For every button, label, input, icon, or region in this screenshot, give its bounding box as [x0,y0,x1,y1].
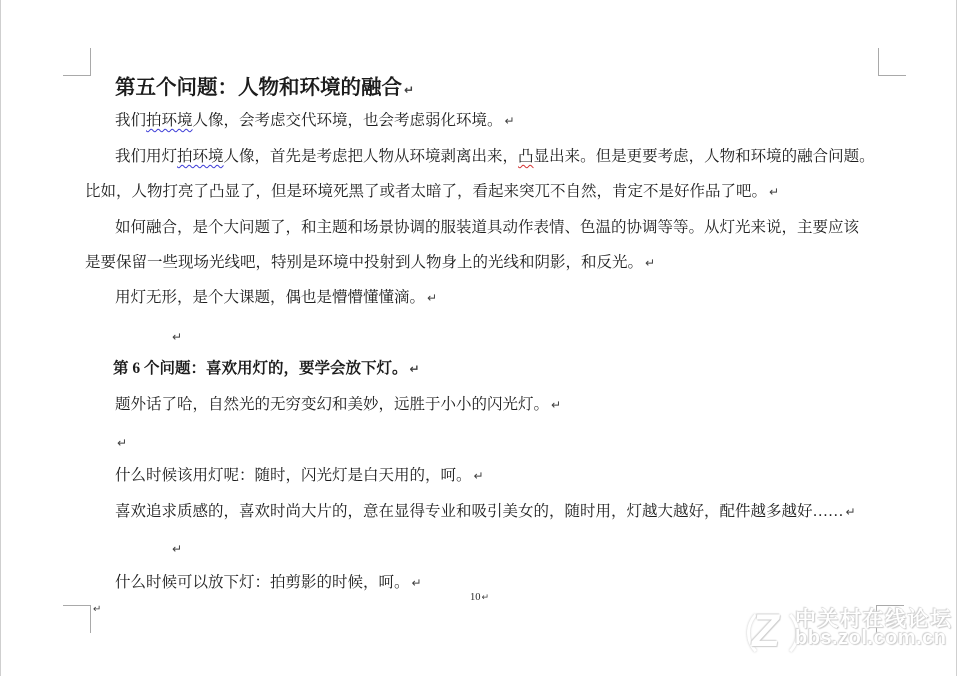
paragraph-line: 用灯无形，是个大课题，偶也是懵懵懂懂滴。↵ [115,289,437,307]
paragraph-mark: ↵ [412,576,422,590]
paragraph-line: 我们用灯拍环境人像，首先是考虑把人物从环境剥离出来，凸显出来。但是更要考虑，人物… [115,148,875,166]
paragraph-mark: ↵ [482,593,490,603]
paragraph-mark: ↵ [117,436,127,450]
text-boundary-mark-top-right [878,48,906,76]
page-left-edge [0,0,1,676]
heading-question-6: 第 6 个问题：喜欢用灯的，要学会放下灯。↵ [113,360,420,378]
text-segment: 人像，会考虑交代环境，也会考虑弱化环境。 [193,112,503,129]
paragraph-mark: ↵ [172,330,182,344]
paragraph-line: 如何融合，是个大问题了，和主题和场景协调的服装道具动作表情、色温的协调等等。从灯… [115,219,859,237]
empty-line: ↵ [115,434,127,452]
paragraph-mark: ↵ [427,291,437,305]
word-document-page: 第五个问题：人物和环境的融合↵我们拍环境人像，会考虑交代环境，也会考虑弱化环境。… [0,0,960,676]
text-boundary-mark-top-left [63,48,91,76]
paragraph-line: 题外话了哈，自然光的无穷变幻和美妙，远胜于小小的闪光灯。↵ [115,396,561,414]
page-number: 10↵ [470,592,489,603]
text-segment: 是要保留一些现场光线吧，特别是环境中投射到人物身上的光线和阴影，和反光。 [85,254,643,271]
paragraph-mark: ↵ [410,362,420,376]
page-right-edge [956,0,957,676]
text-boundary-mark-bottom-left [63,605,91,633]
paragraph-mark: ↵ [846,505,856,519]
paragraph-mark: ↵ [505,114,515,128]
paragraph-mark: ↵ [645,256,655,270]
text-segment: 题外话了哈，自然光的无穷变幻和美妙，远胜于小小的闪光灯。 [115,396,549,413]
empty-line: ↵ [170,540,182,558]
text-segment: 什么时候该用灯呢：随时，闪光灯是白天用的，呵。 [115,467,472,484]
paragraph-mark: ↵ [172,542,182,556]
paragraph-line: 什么时候可以放下灯：拍剪影的时候，呵。↵ [115,574,422,592]
heading-question-5: 第五个问题：人物和环境的融合↵ [115,77,414,101]
paragraph-mark: ↵ [474,469,484,483]
footer-paragraph-mark: ↵ [91,599,101,617]
page-number-value: 10 [470,592,481,603]
text-segment: 第五个问题：人物和环境的融合 [115,77,402,99]
text-segment: 比如，人物打亮了凸显了，但是环境死黑了或者太暗了，看起来突兀不自然，肯定不是好作… [85,183,767,200]
text-segment: 用灯无形，是个大课题，偶也是懵懵懂懂滴。 [115,289,425,306]
text-segment: 第 6 个问题：喜欢用灯的，要学会放下灯。 [113,360,408,377]
paragraph-line: 喜欢追求质感的，喜欢时尚大片的，意在显得专业和吸引美女的，随时用，灯越大越好，配… [115,503,856,521]
paragraph-mark: ↵ [769,185,779,199]
paragraph-mark: ↵ [551,398,561,412]
paragraph-line: 是要保留一些现场光线吧，特别是环境中投射到人物身上的光线和阴影，和反光。↵ [85,254,655,272]
watermark-site-url: bbs.zol.com.cn [795,627,946,650]
proofing-marked-text: 拍环境 [177,148,224,165]
text-segment: 显出来。但是更要考虑，人物和环境的融合问题。 [534,148,875,165]
paragraph-line: 我们拍环境人像，会考虑交代环境，也会考虑弱化环境。↵ [115,112,515,130]
text-segment: 如何融合，是个大问题了，和主题和场景协调的服装道具动作表情、色温的协调等等。从灯… [115,219,859,236]
text-segment: 什么时候可以放下灯：拍剪影的时候，呵。 [115,574,410,591]
text-segment: 我们用灯 [115,148,177,165]
text-segment: 我们 [115,112,146,129]
paragraph-line: 什么时候该用灯呢：随时，闪光灯是白天用的，呵。↵ [115,467,484,485]
text-segment: 喜欢追求质感的，喜欢时尚大片的，意在显得专业和吸引美女的，随时用，灯越大越好，配… [115,503,844,520]
paragraph-line: 比如，人物打亮了凸显了，但是环境死黑了或者太暗了，看起来突兀不自然，肯定不是好作… [85,183,779,201]
text-segment: 人像，首先是考虑把人物从环境剥离出来， [224,148,519,165]
paragraph-mark: ↵ [93,604,101,615]
empty-line: ↵ [170,328,182,346]
paragraph-mark: ↵ [404,83,414,97]
proofing-marked-text: 凸 [518,148,534,165]
proofing-marked-text: 拍环境 [146,112,193,129]
